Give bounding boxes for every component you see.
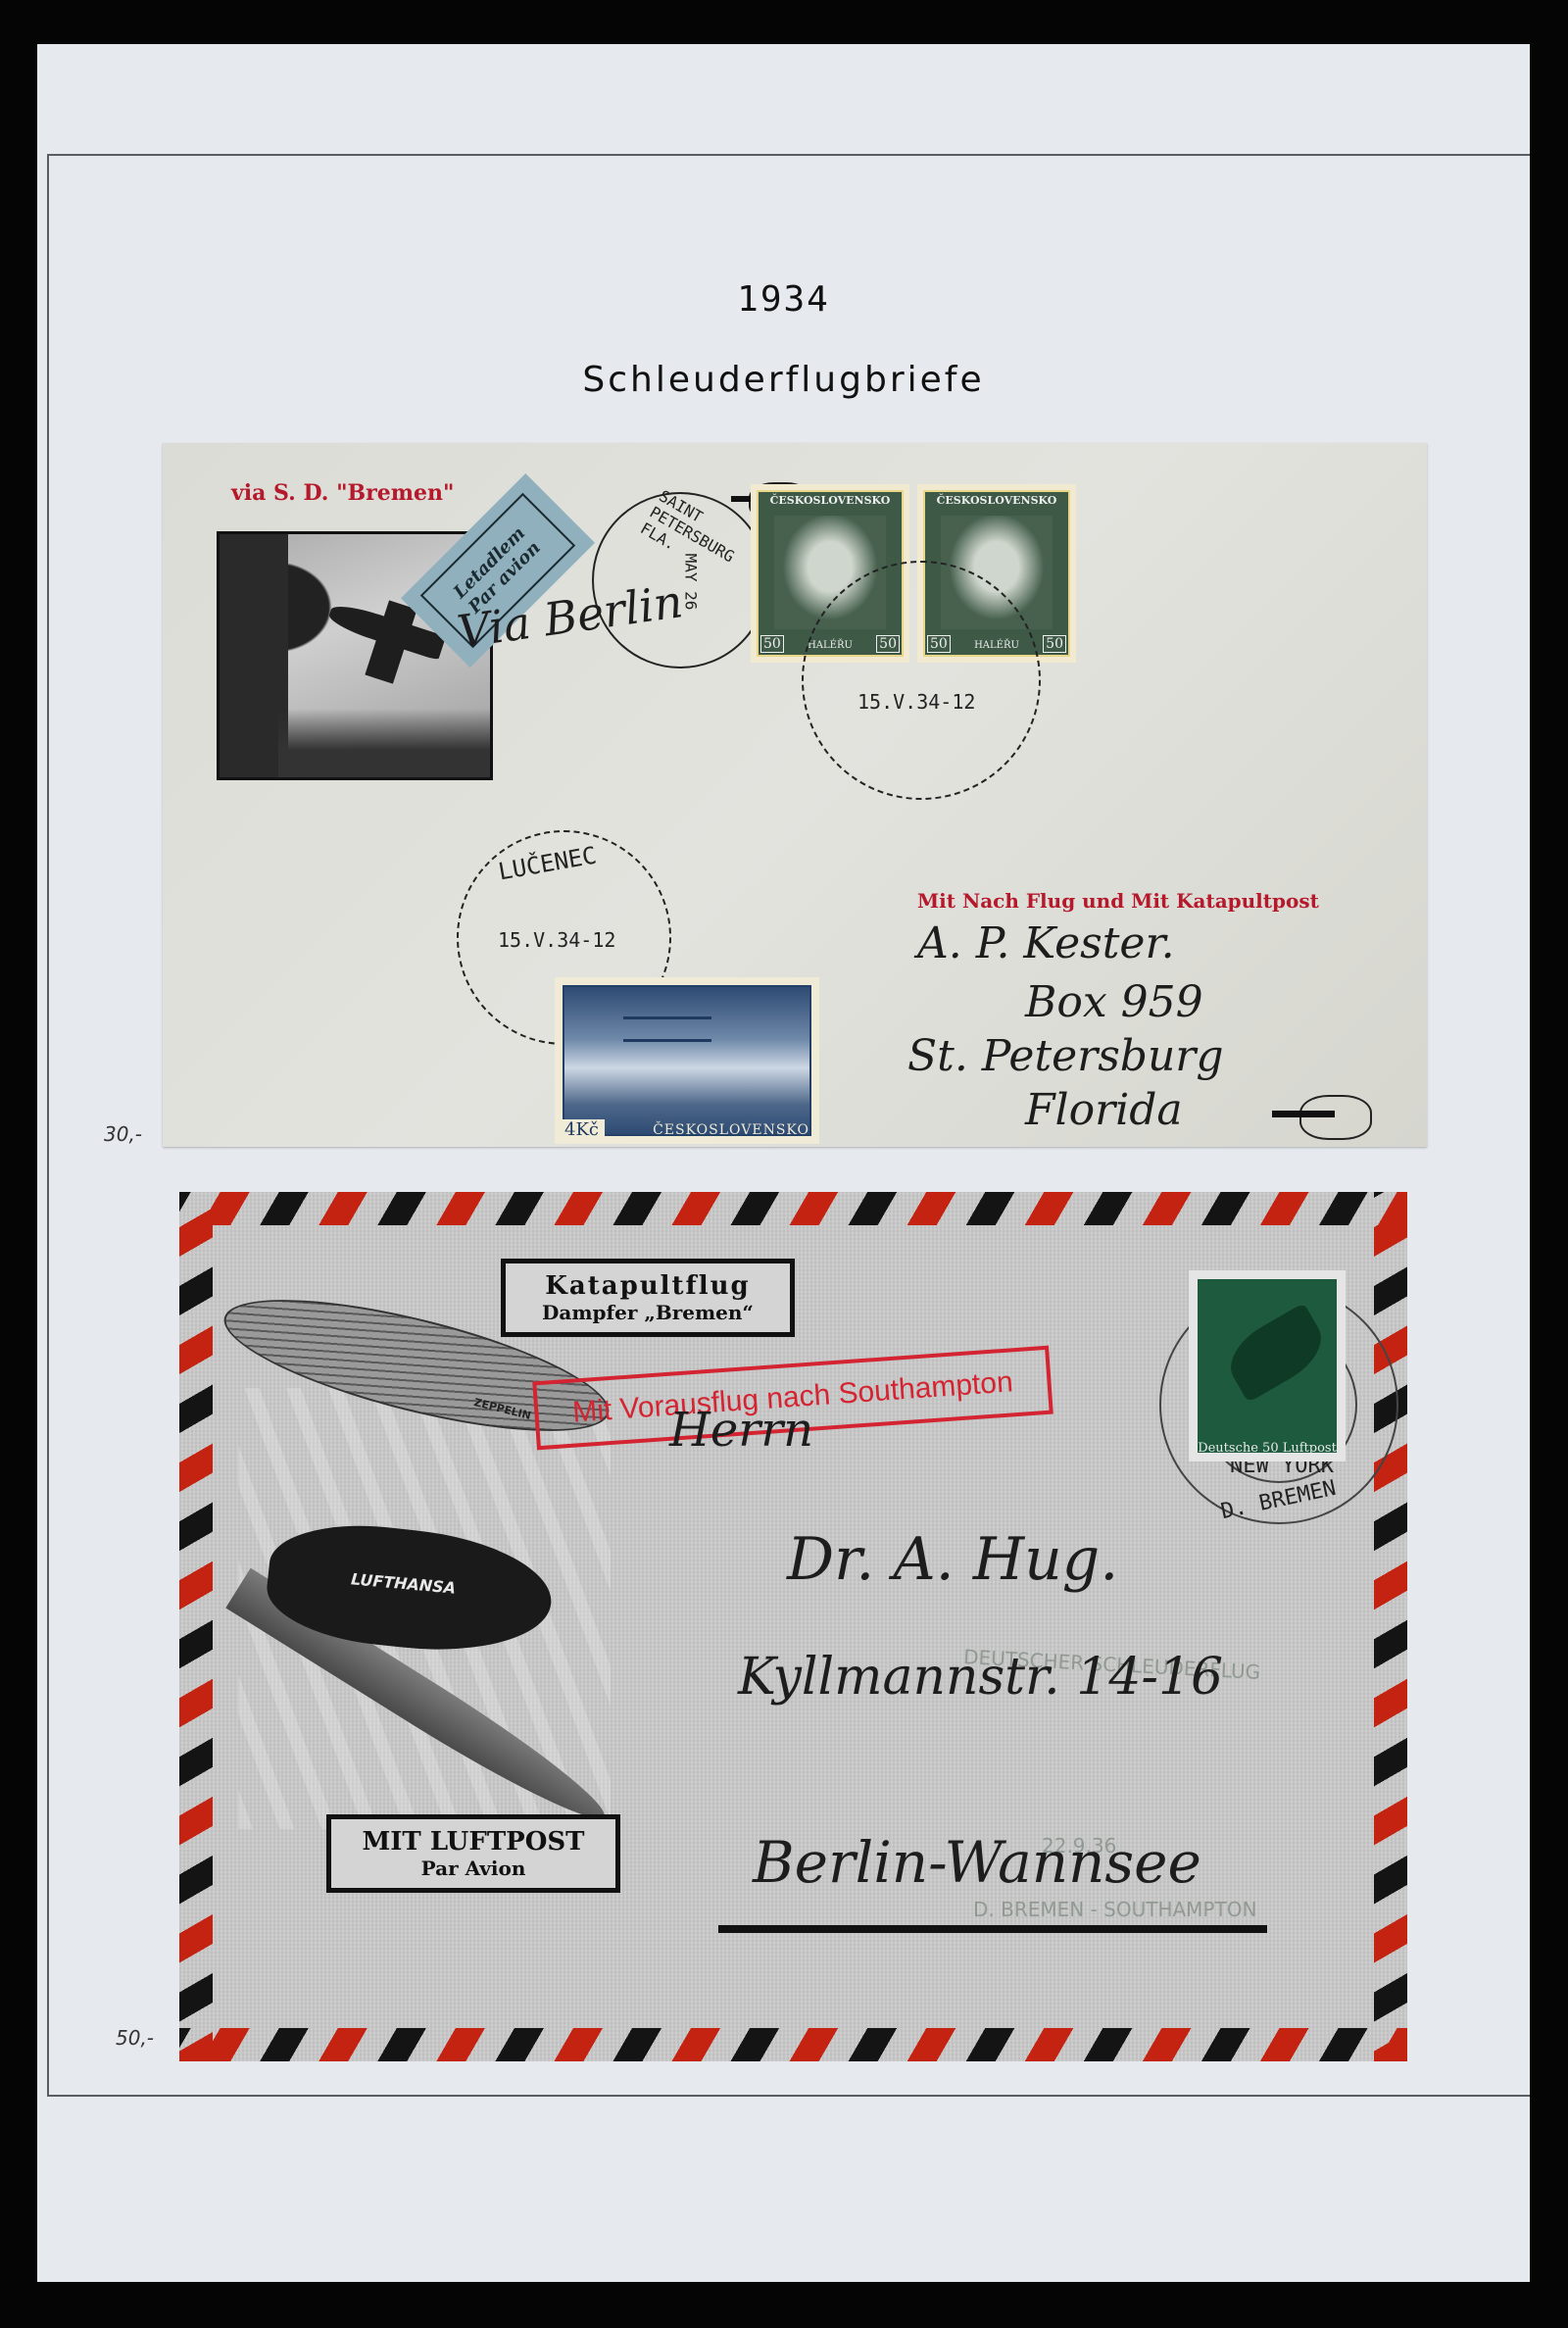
- price-note-2: 50,-: [116, 2026, 154, 2050]
- address-line-3: St. Petersburg: [907, 1031, 1224, 1081]
- cover-2[interactable]: ZEPPELIN LUFTHANSA Katapultflug Dampfer …: [179, 1192, 1407, 2061]
- biplane-icon: [623, 1016, 711, 1042]
- address-line-1: A. P. Kester.: [917, 918, 1175, 968]
- stamp-czech-4kc-airmail: 4Kč ČESKOSLOVENSKO: [555, 977, 819, 1144]
- album-page: 1934 Schleuderflugbriefe 30,- 50,- via S…: [37, 44, 1530, 2282]
- address-name: Dr. A. Hug.: [787, 1525, 1118, 1594]
- eagle-icon: [1219, 1303, 1334, 1403]
- page-year: 1934: [37, 279, 1530, 320]
- postmark-lucenec-top: 15.V.34-12: [802, 561, 1041, 800]
- cover1-heading: via S. D. "Bremen": [231, 480, 454, 506]
- cover-1[interactable]: via S. D. "Bremen" LetadlemPar avion SAI…: [163, 443, 1427, 1147]
- ghost-cachet-line2: D. BREMEN - SOUTHAMPTON: [973, 1898, 1256, 1921]
- airplane-cloud-icon: [1299, 1095, 1372, 1140]
- luftpost-label: MIT LUFTPOST Par Avion: [326, 1814, 620, 1893]
- katapultflug-label: Katapultflug Dampfer „Bremen“: [501, 1259, 795, 1337]
- address-line-2: Box 959: [1025, 977, 1203, 1027]
- airmail-border-bottom: [179, 2028, 1407, 2061]
- airmail-border-right: [1374, 1192, 1407, 2061]
- address-line-4: Florida: [1025, 1085, 1183, 1135]
- address-underline: [718, 1925, 1267, 1933]
- stamp-german-50-luftpost: Deutsche 50 Luftpost: [1189, 1270, 1346, 1461]
- address-salutation: Herrn: [669, 1403, 813, 1458]
- page-subtitle: Schleuderflugbriefe: [37, 360, 1530, 400]
- cover1-address-title: Mit Nach Flug und Mit Katapultpost: [917, 889, 1319, 913]
- airmail-border-top: [179, 1192, 1407, 1225]
- price-note-1: 30,-: [104, 1122, 142, 1146]
- airmail-border-left: [179, 1192, 213, 2061]
- postmark-saint-petersburg: SAINT PETERSBURG FLA. MAY 26: [592, 492, 768, 669]
- address-city: Berlin-Wannsee: [753, 1829, 1201, 1896]
- address-street: Kyllmannstr. 14-16: [738, 1648, 1223, 1707]
